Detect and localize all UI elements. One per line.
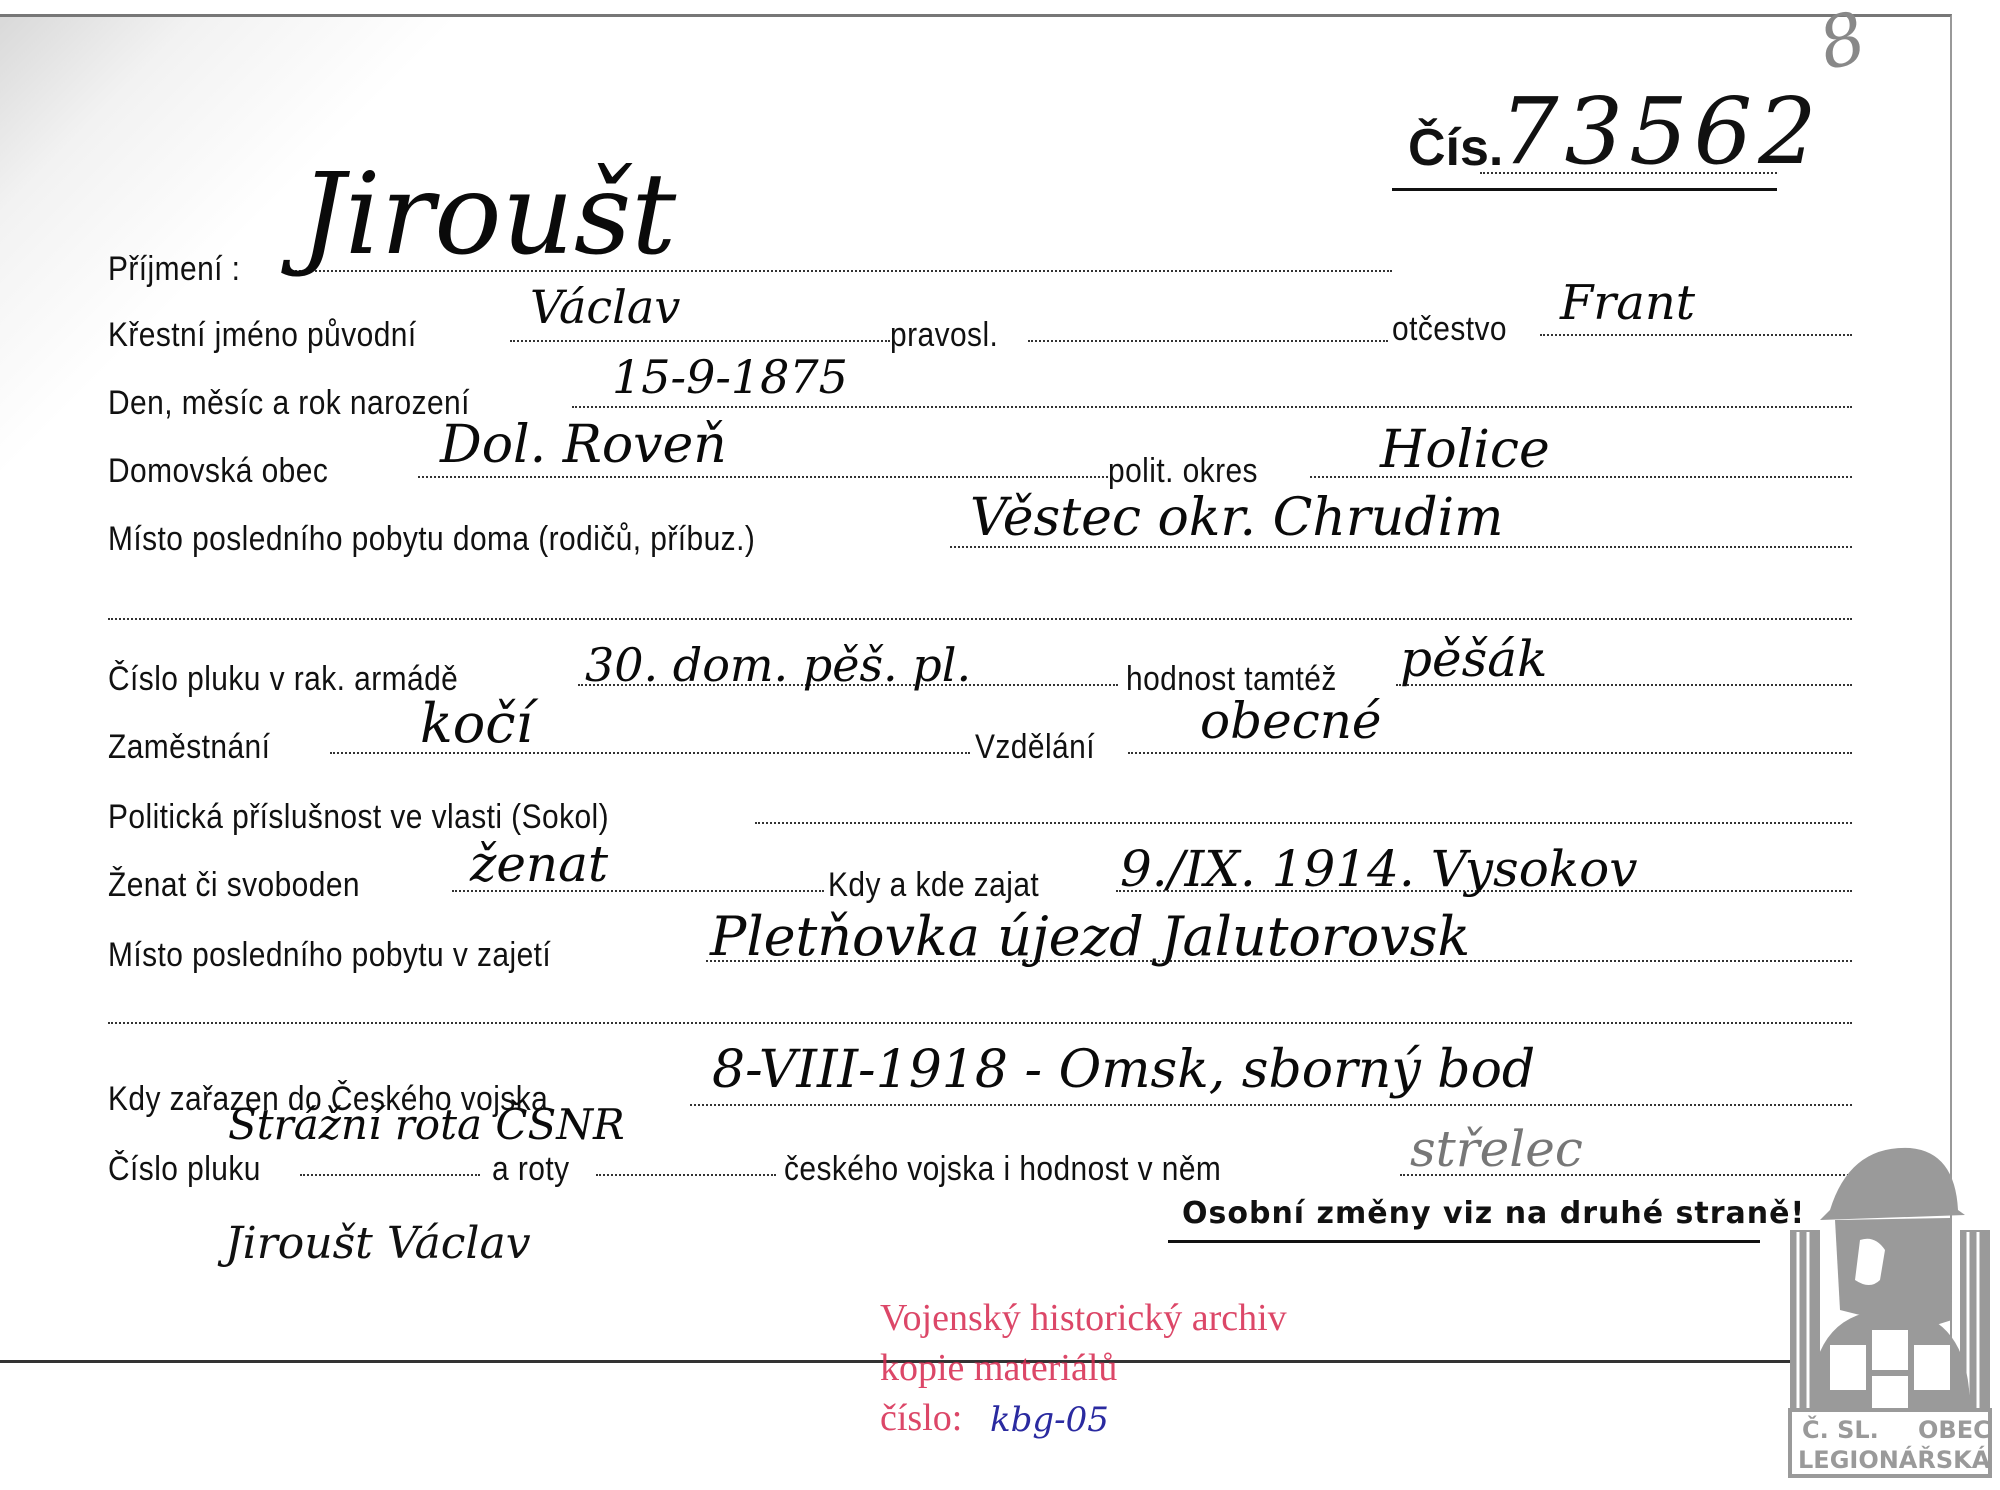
orthodox-name-label: pravosl. bbox=[890, 316, 998, 355]
captured-value: 9./IX. 1914. Vysokov bbox=[1120, 840, 1637, 898]
regiment-czech-label: Číslo pluku bbox=[108, 1150, 261, 1189]
card-number-dotted-line bbox=[1480, 172, 1777, 174]
first-name-label: Křestní jméno původní bbox=[108, 316, 417, 355]
first-name-line bbox=[510, 340, 890, 342]
card-number-value: 73562 bbox=[1500, 78, 1823, 185]
political-district-value: Holice bbox=[1380, 420, 1550, 480]
last-residence-captivity-line-2 bbox=[108, 1022, 1852, 1024]
joined-czech-army-line bbox=[690, 1104, 1852, 1106]
regiment-austrian-label: Číslo pluku v rak. armádě bbox=[108, 660, 458, 699]
birth-date-label: Den, měsíc a rok narození bbox=[108, 384, 470, 423]
marital-status-value: ženat bbox=[470, 835, 608, 893]
patronymic-value: Frant bbox=[1560, 275, 1695, 331]
occupation-label: Zaměstnání bbox=[108, 728, 270, 767]
card-number-label: Čís. bbox=[1408, 118, 1503, 178]
last-residence-home-label: Místo posledního pobytu doma (rodičů, př… bbox=[108, 520, 755, 559]
svg-text:LEGIONÁŘSKÁ: LEGIONÁŘSKÁ bbox=[1798, 1445, 1991, 1474]
birth-date-value: 15-9-1875 bbox=[612, 350, 848, 404]
company-label: a roty bbox=[492, 1150, 569, 1189]
svg-text:Č. SL.: Č. SL. bbox=[1802, 1414, 1879, 1444]
notice-underline bbox=[1168, 1240, 1760, 1243]
regiment-czech-line bbox=[300, 1174, 480, 1176]
home-municipality-label: Domovská obec bbox=[108, 452, 328, 491]
surname-value: Jiroušt bbox=[300, 150, 676, 280]
home-municipality-line bbox=[418, 476, 1108, 478]
first-name-value: Václav bbox=[530, 280, 680, 334]
political-district-label: polit. okres bbox=[1108, 452, 1258, 491]
rank-czech-value: střelec bbox=[1410, 1120, 1583, 1178]
signature: Jiroušt Václav bbox=[225, 1218, 531, 1269]
education-label: Vzdělání bbox=[975, 728, 1095, 767]
joined-czech-army-value: 8-VIII-1918 - Omsk, sborný bod bbox=[712, 1040, 1535, 1100]
orthodox-name-line bbox=[1028, 340, 1388, 342]
stamp-line-2: kopie materiálů bbox=[880, 1346, 1117, 1390]
last-residence-home-value: Věstec okr. Chrudim bbox=[970, 488, 1503, 548]
last-residence-captivity-value: Pletňovka újezd Jalutorovsk bbox=[710, 905, 1470, 968]
stamp-line-1: Vojenský historický archiv bbox=[880, 1296, 1287, 1340]
birth-date-line bbox=[572, 406, 1852, 408]
svg-text:OBEC: OBEC bbox=[1918, 1416, 1991, 1444]
last-residence-home-line-2 bbox=[108, 618, 1852, 620]
patronymic-line bbox=[1540, 334, 1852, 336]
education-value: obecné bbox=[1200, 692, 1382, 750]
card-number-underline bbox=[1392, 188, 1777, 191]
marital-status-label: Ženat či svoboden bbox=[108, 866, 360, 905]
political-affiliation-line bbox=[755, 822, 1852, 824]
legion-logo: Č. SL. OBEC LEGIONÁŘSKÁ bbox=[1780, 1140, 2000, 1480]
last-residence-captivity-label: Místo posledního pobytu v zajetí bbox=[108, 936, 551, 975]
rank-czech-label: českého vojska i hodnost v něm bbox=[784, 1150, 1221, 1189]
soldier-emblem-icon: Č. SL. OBEC LEGIONÁŘSKÁ bbox=[1780, 1140, 2000, 1480]
patronymic-label: otčestvo bbox=[1392, 310, 1507, 349]
company-line bbox=[596, 1174, 776, 1176]
notice-text: Osobní změny viz na druhé straně! bbox=[1182, 1196, 1805, 1231]
stamp-number: kbg-05 bbox=[990, 1400, 1109, 1440]
occupation-value: kočí bbox=[420, 692, 533, 755]
regiment-czech-value: Strážní rota ČSNR bbox=[228, 1100, 625, 1149]
stamp-line-3: číslo: bbox=[880, 1396, 962, 1440]
captured-label: Kdy a kde zajat bbox=[828, 866, 1039, 905]
surname-label: Příjmení : bbox=[108, 250, 240, 289]
rank-austrian-value: pěšák bbox=[1400, 630, 1547, 688]
regiment-austrian-value: 30. dom. pěš. pl. bbox=[585, 638, 971, 692]
home-municipality-value: Dol. Roveň bbox=[440, 415, 727, 475]
education-line bbox=[1128, 752, 1852, 754]
political-affiliation-label: Politická příslušnost ve vlasti (Sokol) bbox=[108, 798, 609, 837]
